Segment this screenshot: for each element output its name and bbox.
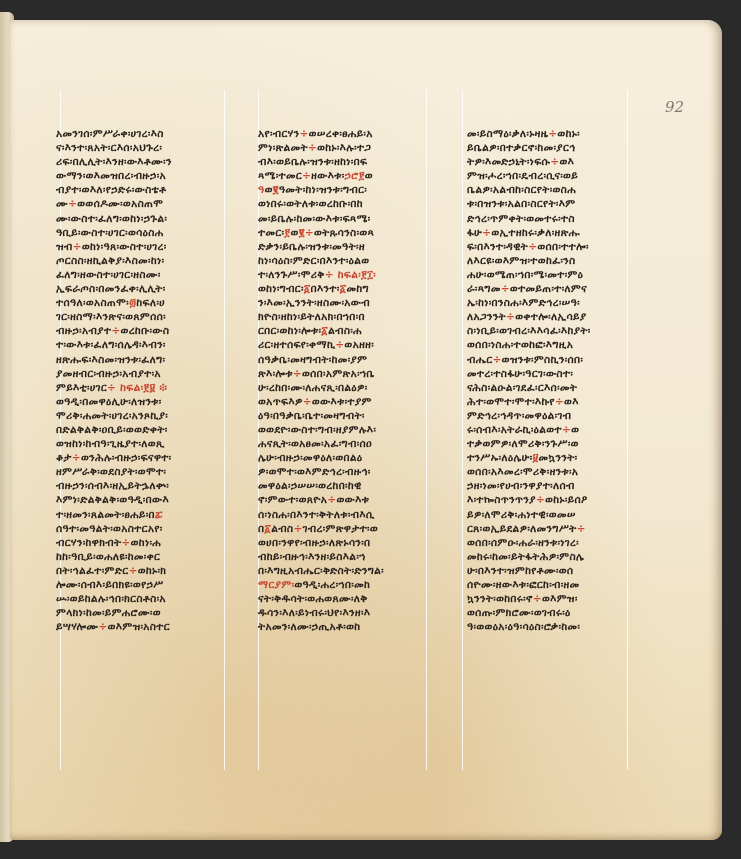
manuscript-line: ርጸ፡ወኢይደልዎ፡ለመንግሥት÷ [467, 522, 667, 536]
manuscript-line: ዎ፡ወሞተ፡ወእምድኅረ፡ብዙኅ፡ [258, 465, 458, 479]
manuscript-line: ተንሥኡ፡ለዕሌሁ፡፱መኳንንት፡ [467, 451, 667, 465]
manuscript-line: ሙ÷ወወሰዶሙ፡ወአስጠሞ [56, 197, 256, 211]
manuscript-line: መ፡ይቤሉ፡ከመ፡ውእቱ፡ፍጻሜ፡ [258, 212, 458, 226]
manuscript-line: ዓ፡ወወዕአ፡ዕዓ፡ሳዕስ፡ሮቃ፡ከመ፡ [467, 620, 667, 634]
manuscript-line: ወሰጡ፡ምክሮሙ፡ወገብሩ፡ዕ [467, 606, 667, 620]
manuscript-line: ይዎ፡ለሞሪቅ፡ሐነተዊ፡ወመሠ [467, 508, 667, 522]
manuscript-line: መዋዕል፡ኃሠሠ፡ወረከበ፡ከዊ [258, 479, 458, 493]
manuscript-line: ፋሁ÷ወኢተዘከሩ፡ቃለ፡ዘጽሑ [467, 226, 667, 240]
folio-number: 92 [665, 98, 684, 116]
manuscript-line: አየ፡ብርሃን÷ወሠረቀ፡ፀሐይ፡አ [258, 127, 458, 141]
manuscript-line: ሪር፡ዘተሰፍየ፡ቀማኪ÷ወአዘዘ፡ [258, 338, 458, 352]
manuscript-line: ናት፡ቅዱሳት፡ወሐወጸሙ፡ለቅ [258, 592, 458, 606]
manuscript-line: ይቤልዎ፡በተቃርኖ፡ከመ፡ያርኅ [467, 141, 667, 155]
manuscript-line: ዘምሥራቅ፡ወደስያት፡ወሞተ፡ [56, 465, 256, 479]
manuscript-line: ወአጥፍእዎ÷ወውእቱ፡ተያም [258, 395, 458, 409]
manuscript-line: መ፡ይስማዕ፡ቃለ፡ኑዛዜ÷ወከኑ፡ [467, 127, 667, 141]
manuscript-line: ሙ፡ውስተ፡ፈለግ፡ወከነ፡ኃጉል፡ [56, 212, 256, 226]
manuscript-line: አመንገሰ፡ምሥራቀ፡ሀገረ፡እስ [56, 127, 256, 141]
manuscript-line: ሐሁ፡ወሜጠ፡ኀበ፡ሜ፡መተ፡ምዕ [467, 268, 667, 282]
manuscript-line: ርበር፡ወከነ፡ሎቱ፡፩ልብስ፡ሐ [258, 324, 458, 338]
manuscript-line: ክዮስ፡ዘከነ፡ይትለአክ፡በኀበ፡በ [258, 310, 458, 324]
manuscript-line: ቱ፡በዝንቱ፡አልበ፡ስርየት፡እም [467, 197, 667, 211]
manuscript-line: በት፡ኅልፈተ፡ምድር÷ወከኑ፡ክ [56, 564, 256, 578]
manuscript-line: ብእ፡ወይቤሉ፡ዝንቱ፡ዘከነ፡በፍ [258, 155, 458, 169]
manuscript-line: ዱሳን፡እለ፡ይነብሩ፡ህየ፡እንዘ፡እ [258, 606, 458, 620]
manuscript-line: ከነ፡ሳዕስ፡ምድር፡በእንተ፡ዕልወ [258, 254, 458, 268]
manuscript-line: ወሰበ፡ሰምዑ፡ሐራ፡ዘንቱ፡ነገረ፡ [467, 536, 667, 550]
manuscript-line: ተመር፡፻ወ፪÷ወትጹሳንስ፡ወጻ [258, 226, 458, 240]
manuscript-line: ኤ፡ከነ፡በንስሐ፡እምድኅረ፡ሠዓ፡ [467, 296, 667, 310]
manuscript-line: ቤልዎ፡አልብከ፡ስርየት፡ወስሐ [467, 183, 667, 197]
manuscript-line: ፍ፡በእንተ፡ዳዊት÷ወሰበ፡ተተሎ፡ [467, 240, 667, 254]
manuscript-line: ዓወ፪ዓመት፡ከነ፡ዝንቱ፡ግብር፡ [258, 183, 458, 197]
manuscript-line: መከሩ፡ከመ፡ይትፋትሕዎ፡ምስሌ [467, 550, 667, 564]
manuscript-line: ሕተ፡ወሞተ፡ሞተ፡እኩየ÷ወእ [467, 395, 667, 409]
manuscript-line: ሰዮሙ፡ዘውእቱ፡ፎርከ፡ብ፡ዘመ [467, 578, 667, 592]
manuscript-line: ኖ፡ምውተ፡ወጸዮአ÷ወውእቱ [258, 493, 458, 507]
manuscript-line: ቆታ÷ወንሕሉ፡ብዙኃ፡ፍናዋተ፡ [56, 451, 256, 465]
manuscript-line: ብያተ፡ወእለ፡የኃድሩ፡ውስቴቶ [56, 183, 256, 197]
manuscript-line: ሰዓተ፡መዓልት፡ወአስተርአየ፡ [56, 522, 256, 536]
manuscript-line: ዘጽሑፍ፡እስመ፡ዝንቱ፡ፈለግ፡ [56, 353, 256, 367]
manuscript-line: ወዝከነ፡ከብዓ፡ጊዜያተ፡ለወጺ [56, 437, 256, 451]
manuscript-line: ብከይ፡ብዙኅ፡እንዘ፡ይስእል፡ኀ [258, 550, 458, 564]
manuscript-line: ናሕስ፡ልዑል፡ገደፈ፡ርእሰ፡መት [467, 381, 667, 395]
manuscript-line: ማርያም፡ወዓዲ፡ሐረ፡ኀበ፡መከ [258, 578, 458, 592]
manuscript-line: ብሔር÷ወዝንቱ፡ምስኪን፡ሰበ፡ [467, 353, 667, 367]
manuscript-line: ሎሙ፡ሰብእ፡ይበክዩ፡ወየኃሥ [56, 578, 256, 592]
manuscript-line: ያመዘብር፡ብዙኃ፡አብያተ፡አ [56, 367, 256, 381]
manuscript-line: ውማን፡ወእመዝበረ፡ብዙኃ፡አ [56, 169, 256, 183]
manuscript-line: በ፡እግዚአብሔር፡ቅድስት፡ድንግል፡ [258, 564, 458, 578]
manuscript-line: ጻሜ፡ተመር÷ዘውእቱ፡ኃሮ፻ወ [258, 169, 458, 183]
manuscript-line: ፈለግ፡ዘውስተ፡ሀገር፡ዘስሙ፡ [56, 268, 256, 282]
manuscript-line: ይሣሃሎሙ÷ወእምዝ፡አስተር [56, 620, 256, 634]
manuscript-line: ገር፡ዘስማ፡እንጽና፡ወጸምሰሰ፡ [56, 310, 256, 324]
manuscript-line: ምድኅረ፡ኅዳጥ፡መዋዕል፡ገብ [467, 409, 667, 423]
manuscript-line: በድልቅልቅ፡ዐቢይ፡ወወድቀት፡ [56, 423, 256, 437]
manuscript-line: ሰዓቃቤ፡መዛግብት፡ከመ፡ያም [258, 353, 458, 367]
manuscript-line: ጦርስስ፡ዘኪልቅያ፡እስመ፡ከነ፡ [56, 254, 256, 268]
manuscript-line: ን፡እመ፡ኢንንት፡ዘስሙ፡አውብ [258, 296, 458, 310]
text-column-1: አመንገሰ፡ምሥራቀ፡ሀገረ፡እስና፡እንተ፡ጸአት፡ርእሰ፡አህጉረ፡ሪፍ፡በ… [56, 127, 256, 634]
manuscript-line: ወከነ፡ግብር፡፩በእንተ፡፩መከግ [258, 282, 458, 296]
manuscript-line: ትዎ፡እመድኃኒት፡ነፍሱ÷ወእ [467, 155, 667, 169]
manuscript-line: ሰ፡ነስሐ፡በእንተ፡ቅትለቱ፡ብእሲ [258, 508, 458, 522]
manuscript-line: ጽእ፡ሎቱ÷ወሰበ፡አምጽአ፡ኀቤ [258, 367, 458, 381]
manuscript-line: ስ፡ነቢይ፡ወገብረ፡እእሳፈ፡እከያት፡ [467, 324, 667, 338]
manuscript-line: ድቃን፡ይቤሉ፡ዝንቱ፡መዓት፡ዘ [258, 240, 458, 254]
manuscript-line: ራ፡ጻግመ÷ወተመይጠ፡ተ፡ለምና [467, 282, 667, 296]
ruling-line [462, 90, 463, 770]
manuscript-line: ዓቢይ፡ውስተ፡ሀገር፡ወሳዕስሐ [56, 226, 256, 240]
manuscript-line: ወወደዮ፡ውስተ፡ግብ፡ዘያምሉእ፡ [258, 423, 458, 437]
manuscript-line: ለእርዩ፡ወእምዝ፡ተወከፈ፡ንስ [467, 254, 667, 268]
manuscript-line: ብርሃን፡ከዋክብት÷ወከነ፡ሐ [56, 536, 256, 550]
manuscript-line: እምነ፡ድልቅልቅ፡ወዓዲ፡በውእ [56, 493, 256, 507]
manuscript-line: ኢፍራጦስ፡በመንፈቀ፡ሊሊት፡ [56, 282, 256, 296]
manuscript-line: ሩ፡ሰብእ፡አትራኪ፡ዕልወተ÷ወ [467, 423, 667, 437]
manuscript-line: ምላክነ፡ከመ፡ይምሐሮሙ፡ወ [56, 606, 256, 620]
manuscript-line: ዝብ÷ወከነ፡ዓጸ፡ውስተ፡ሀገረ፡ [56, 240, 256, 254]
manuscript-line: ምይእቲ፡ሀገር÷ ከፍል፡፻፱ ፨ [56, 381, 256, 395]
manuscript-line: ወነበሩ፡ወትለቱ፡ወረከቡ፡በከ [258, 197, 458, 211]
manuscript-line: ተሰዓለ፡ወአስጠሞ፡፴ከፍለ፡ሀ [56, 296, 256, 310]
manuscript-line: ዕዓ፡በዓቃቤ፡ቤተ፡መዛግብት፡ [258, 409, 458, 423]
manuscript-line: ብዙኃ፡አብያተ÷ወረከቡ፡ውስ [56, 324, 256, 338]
manuscript-line: ሁ፡ረከበ፡ሙ፡ለሐናጺ፡በልዕዎ፡ [258, 381, 458, 395]
manuscript-line: ተቃወምዎ፡ለሞሪቅ፡ንጉሥ፡ወ [467, 437, 667, 451]
manuscript-line: ብዙኃን፡ሰብእ፡ዘኢይትኌለቍ፡ [56, 479, 256, 493]
manuscript-line: ኃዘ፡ነመ፡የሀብ፡ንዋያተ፡ለሰብ [467, 479, 667, 493]
manuscript-line: ከከ፡ዓቢይ፡ወሐለዩ፡ከመ፡ቀር [56, 550, 256, 564]
manuscript-line: ለአጋንንት÷ወቀተሎ፡ለኢሳይያ [467, 310, 667, 324]
manuscript-line: ወሰበ፡አእመረ፡ሞሪቅ፡ዘንቱ፡አ [467, 465, 667, 479]
manuscript-line: ና፡እንተ፡ጸአት፡ርእሰ፡አህጉረ፡ [56, 141, 256, 155]
manuscript-line: ተ፡ውእቱ፡ፈለግ፡ሰሌዳ፡እብን፡ [56, 338, 256, 352]
manuscript-line: ሪፍ፡በሊሊት፡እንዘ፡ውእቶሙ፡ን [56, 155, 256, 169]
manuscript-line: ወዓዲ፡በመዋዕሊሁ፡ለዝንቱ፡ [56, 395, 256, 409]
manuscript-line: መተረ፡ተስፋሁ፡ዓርገ፡ውስተ፡ [467, 367, 667, 381]
manuscript-line: ምነ፡ጽልመት÷ወከኑ፡እሉ፡ተጋ [258, 141, 458, 155]
text-column-2: አየ፡ብርሃን÷ወሠረቀ፡ፀሐይ፡አምነ፡ጽልመት÷ወከኑ፡እሉ፡ተጋብእ፡ወይ… [258, 127, 458, 634]
text-column-3: መ፡ይስማዕ፡ቃለ፡ኑዛዜ÷ወከኑ፡ይቤልዎ፡በተቃርኖ፡ከመ፡ያርኅትዎ፡እመ… [467, 127, 667, 634]
manuscript-line: ሁ፡በእንተ፡ዝምከየቶሙ፡ወሰ [467, 564, 667, 578]
manuscript-line: ተ፡ለንጉሥ፡ሞሪቅ÷ ከፍል፡፻፲፡ [258, 268, 458, 282]
manuscript-line: ሡ፡ወይከልሉ፡ኅበ፡ክርስቶስ፡አ [56, 592, 256, 606]
manuscript-line: እ፡ተኰስጥንጥንያ÷ወከኑ፡ይሰዖ [467, 493, 667, 507]
manuscript-line: ኳንንት፡ወከበሩ፡ኖ÷ወእምዝ፡ [467, 592, 667, 606]
manuscript-line: ትአመን፡ለሙ፡ኃጢአቶ፡ወከ [258, 620, 458, 634]
manuscript-line: በ፩ልብስ÷ገብረ፡ምጽዋታተ፡ወ [258, 522, 458, 536]
manuscript-line: ድኅረ፡ጥምቀት፡ወመተሩ፡ተስ [467, 212, 667, 226]
manuscript-line: ሐናጺት፡ወአፀመ፡አፈ፡ግብ፡ሰዐ [258, 437, 458, 451]
manuscript-line: ወሀበ፡ንዋየ፡ብዙኃ፡ለጽኑሳን፡በ [258, 536, 458, 550]
manuscript-line: ተ፡ዘመን፡ጸልመት፡ፀሐይ፡በፚ [56, 508, 256, 522]
manuscript-line: ምዝ፡ሖረ፡ኀበ፡ዴብረ፡ሲና፡ወይ [467, 169, 667, 183]
manuscript-line: ሞሪቅ፡ሐመት፡ሀገረ፡አንጾኪያ፡ [56, 409, 256, 423]
manuscript-line: ወሰበ፡ነስሐ፡ተወከፎ፡እግዚአ [467, 338, 667, 352]
manuscript-line: ሌሁ፡ብዙኃ፡መዋዕለ፡ወበልዕ [258, 451, 458, 465]
